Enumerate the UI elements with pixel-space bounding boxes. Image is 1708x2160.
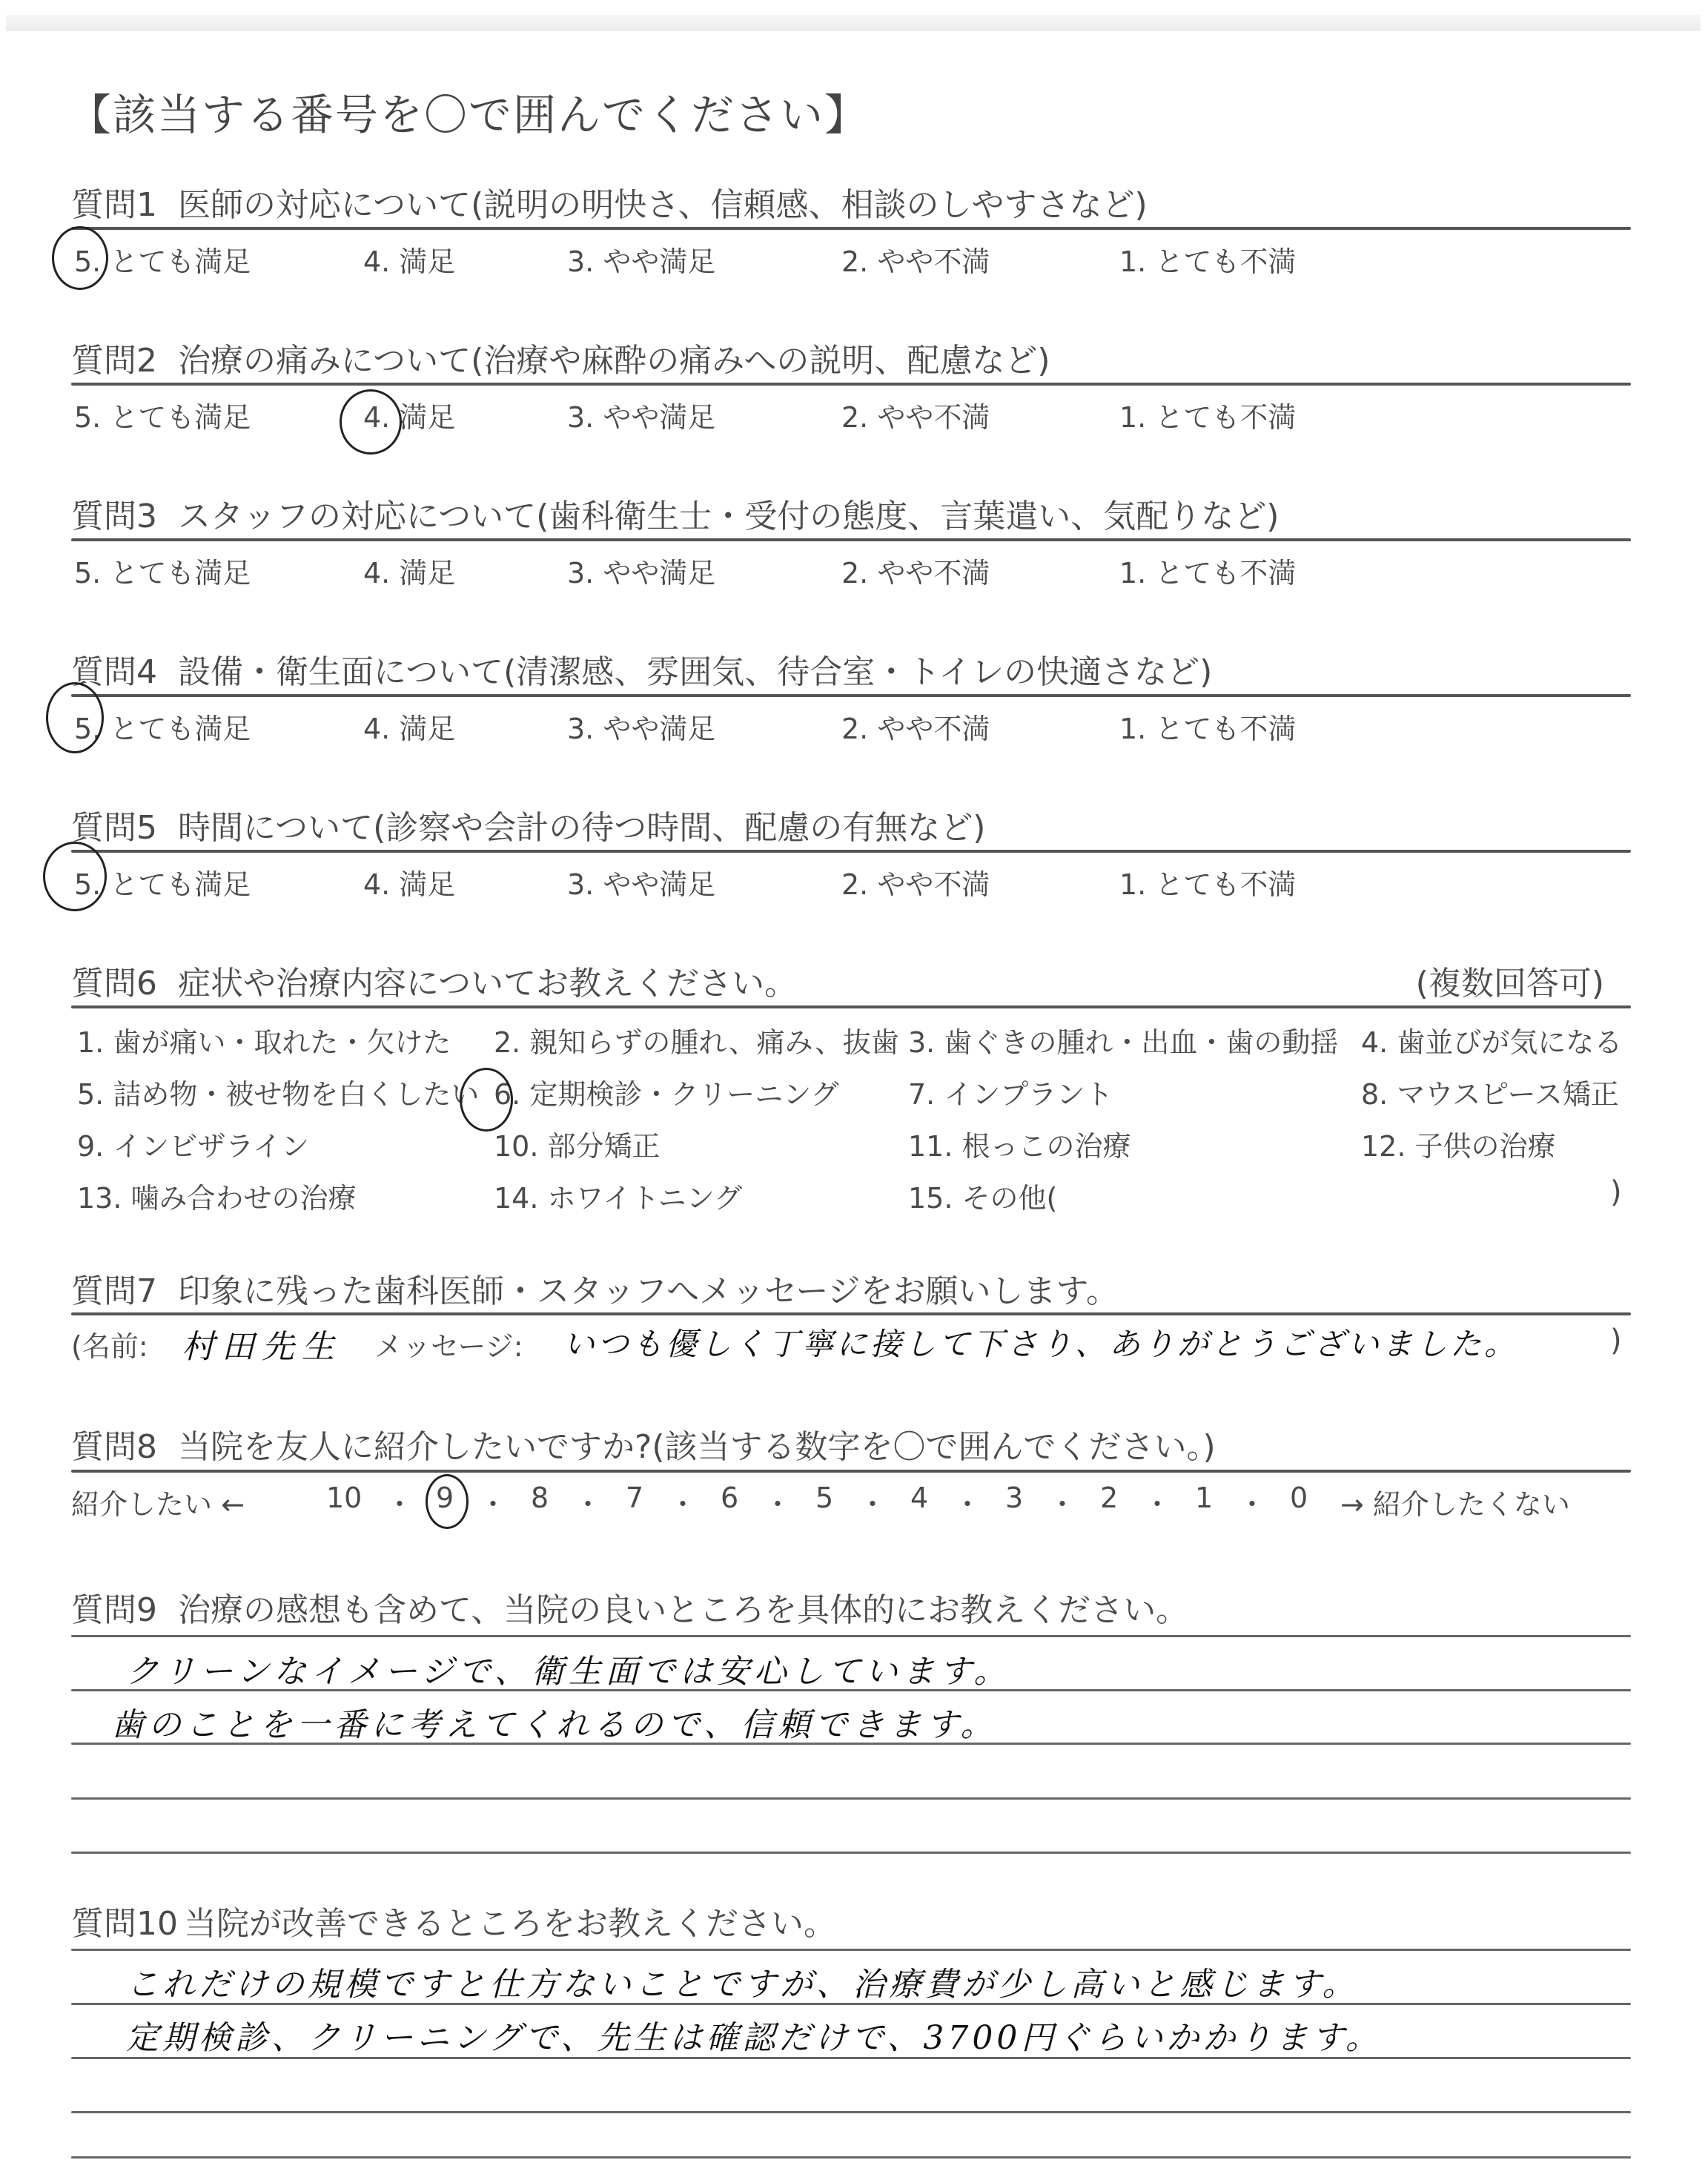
answer-line	[71, 2111, 1631, 2113]
scale-7[interactable]: 7	[626, 1482, 643, 1514]
scan-top-edge	[6, 15, 1701, 31]
question-number: 質問5	[71, 809, 157, 847]
scale-0[interactable]: 0	[1290, 1482, 1308, 1514]
question-7-heading: 質問7印象に残った歯科医師・スタッフへメッセージをお願いします。	[71, 1264, 1119, 1312]
question-number: 質問10	[71, 1905, 178, 1943]
message-handwritten[interactable]: いつも優しく丁寧に接して下さり、ありがとうございました。	[563, 1320, 1518, 1364]
option-5[interactable]: 5. とても満足	[74, 550, 251, 591]
divider	[71, 1312, 1631, 1315]
scale-dot: ・	[574, 1482, 602, 1522]
scale-dot: ・	[669, 1482, 697, 1522]
option-4[interactable]: 4. 満足	[363, 862, 455, 902]
scale-right-label: → 紹介したくない	[1340, 1482, 1570, 1522]
option-7[interactable]: 7. インプラント	[908, 1071, 1113, 1112]
answer-handwritten-line-2[interactable]: 定期検診、クリーニングで、先生は確認だけで、3700円ぐらいかかります。	[126, 2011, 1382, 2058]
question-9-heading: 質問9治療の感想も含めて、当院の良いところを具体的にお教えください。	[71, 1583, 1188, 1631]
option-6[interactable]: 6. 定期検診・クリーニング	[494, 1071, 839, 1112]
option-4[interactable]: 4. 満足	[363, 239, 455, 280]
option-8[interactable]: 8. マウスピース矯正	[1361, 1071, 1619, 1112]
question-text: 治療の痛みについて(治療や麻酔の痛みへの説明、配慮など)	[178, 342, 1050, 380]
scale-1[interactable]: 1	[1195, 1482, 1213, 1514]
option-3[interactable]: 3. やや満足	[567, 394, 715, 435]
option-4[interactable]: 4. 満足	[363, 706, 455, 747]
selection-circle	[460, 1068, 513, 1132]
option-2[interactable]: 2. やや不満	[841, 394, 990, 435]
scale-5[interactable]: 5	[815, 1482, 833, 1514]
question-text: 当院が改善できるところをお教えください。	[184, 1905, 836, 1943]
message-label: メッセージ:	[374, 1324, 523, 1364]
question-text: 当院を友人に紹介したいですか?(該当する数字を〇で囲んでください。)	[178, 1428, 1216, 1466]
answer-line	[71, 1797, 1631, 1800]
scale-3[interactable]: 3	[1005, 1482, 1023, 1514]
divider	[71, 850, 1631, 853]
question-text: スタッフの対応について(歯科衛生士・受付の態度、言葉遣い、気配りなど)	[178, 498, 1279, 535]
selection-circle	[340, 389, 402, 455]
scale-left-label: 紹介したい ←	[71, 1482, 245, 1522]
scale-8[interactable]: 8	[531, 1482, 549, 1514]
divider	[71, 1470, 1631, 1473]
question-10-heading: 質問10当院が改善できるところをお教えください。	[71, 1897, 836, 1944]
question-text: 症状や治療内容についてお教えください。	[178, 965, 797, 1003]
question-1-heading: 質問1医師の対応について(説明の明快さ、信頼感、相談のしやすさなど)	[71, 178, 1148, 225]
scale-dot: ・	[1238, 1482, 1266, 1522]
scale-dot: ・	[479, 1482, 507, 1522]
answer-line	[71, 1949, 1631, 1951]
divider	[71, 694, 1631, 697]
divider	[71, 227, 1631, 230]
scale-4[interactable]: 4	[910, 1482, 928, 1514]
option-14[interactable]: 14. ホワイトニング	[494, 1175, 742, 1216]
option-2[interactable]: 2. やや不満	[841, 862, 990, 902]
scale-dot: ・	[953, 1482, 982, 1522]
name-label: (名前:	[71, 1324, 148, 1364]
option-1[interactable]: 1. とても不満	[1119, 239, 1296, 280]
question-number: 質問6	[71, 965, 157, 1003]
question-text: 設備・衛生面について(清潔感、雰囲気、待合室・トイレの快適さなど)	[178, 653, 1212, 691]
option-12[interactable]: 12. 子供の治療	[1361, 1123, 1556, 1164]
answer-handwritten-line-1[interactable]: クリーンなイメージで、衛生面では安心しています。	[126, 1645, 1010, 1692]
answer-line	[71, 1635, 1631, 1637]
scale-6[interactable]: 6	[721, 1482, 738, 1514]
option-2[interactable]: 2. やや不満	[841, 239, 990, 280]
option-3[interactable]: 3. やや満足	[567, 239, 715, 280]
question-text: 治療の感想も含めて、当院の良いところを具体的にお教えください。	[178, 1591, 1188, 1629]
selection-circle	[43, 842, 107, 911]
scale-dot: ・	[858, 1482, 887, 1522]
option-13[interactable]: 13. 噛み合わせの治療	[77, 1175, 357, 1216]
option-2[interactable]: 2. やや不満	[841, 706, 990, 747]
option-1[interactable]: 1. とても不満	[1119, 706, 1296, 747]
message-close-paren: )	[1610, 1324, 1622, 1358]
divider	[71, 383, 1631, 386]
question-number: 質問8	[71, 1428, 157, 1466]
question-3-heading: 質問3スタッフの対応について(歯科衛生士・受付の態度、言葉遣い、気配りなど)	[71, 489, 1279, 537]
option-1[interactable]: 1. とても不満	[1119, 862, 1296, 902]
option-15-other[interactable]: 15. その他(	[908, 1175, 1057, 1216]
option-2[interactable]: 2. やや不満	[841, 550, 990, 591]
name-handwritten[interactable]: 村田先生	[182, 1320, 342, 1367]
option-3[interactable]: 3. 歯ぐきの腫れ・出血・歯の動揺	[908, 1020, 1338, 1060]
question-text: 医師の対応について(説明の明快さ、信頼感、相談のしやすさなど)	[178, 186, 1148, 224]
option-5[interactable]: 5. 詰め物・被せ物を白くしたい	[77, 1071, 479, 1112]
answer-line	[71, 2003, 1631, 2005]
selection-circle	[426, 1474, 469, 1529]
option-11[interactable]: 11. 根っこの治療	[908, 1123, 1131, 1164]
page-title: 【該当する番号を〇で囲んでください】	[68, 80, 869, 142]
divider	[71, 538, 1631, 541]
option-3[interactable]: 3. やや満足	[567, 550, 715, 591]
option-1[interactable]: 1. とても不満	[1119, 394, 1296, 435]
option-1[interactable]: 1. 歯が痛い・取れた・欠けた	[77, 1020, 451, 1060]
option-4[interactable]: 4. 満足	[363, 550, 455, 591]
answer-line	[71, 1743, 1631, 1745]
option-10[interactable]: 10. 部分矯正	[494, 1123, 661, 1164]
scale-dot: ・	[385, 1482, 414, 1522]
option-3[interactable]: 3. やや満足	[567, 706, 715, 747]
question-number: 質問1	[71, 186, 157, 224]
question-4-heading: 質問4設備・衛生面について(清潔感、雰囲気、待合室・トイレの快適さなど)	[71, 645, 1212, 693]
option-4[interactable]: 4. 歯並びが気になる	[1361, 1020, 1622, 1060]
divider	[71, 1005, 1631, 1008]
question-text: 印象に残った歯科医師・スタッフへメッセージをお願いします。	[178, 1272, 1119, 1310]
question-number: 質問2	[71, 342, 157, 380]
question-2-heading: 質問2治療の痛みについて(治療や麻酔の痛みへの説明、配慮など)	[71, 334, 1050, 381]
question-6-heading: 質問6症状や治療内容についてお教えください。	[71, 957, 797, 1004]
selection-circle	[46, 682, 104, 753]
option-2[interactable]: 2. 親知らずの腫れ、痛み、抜歯	[494, 1020, 899, 1060]
selection-circle	[52, 226, 108, 290]
scale-10[interactable]: 10	[326, 1482, 362, 1514]
question-number: 質問3	[71, 498, 157, 535]
option-1[interactable]: 1. とても不満	[1119, 550, 1296, 591]
question-5-heading: 質問5時間について(診察や会計の待つ時間、配慮の有無など)	[71, 801, 985, 848]
answer-line	[71, 2156, 1631, 2159]
option-3[interactable]: 3. やや満足	[567, 862, 715, 902]
question-number: 質問9	[71, 1591, 157, 1629]
question-number: 質問7	[71, 1272, 157, 1310]
scale-dot: ・	[1143, 1482, 1171, 1522]
scale-2[interactable]: 2	[1100, 1482, 1118, 1514]
question-8-heading: 質問8当院を友人に紹介したいですか?(該当する数字を〇で囲んでください。)	[71, 1420, 1216, 1467]
scale-dot: ・	[1048, 1482, 1076, 1522]
option-5[interactable]: 5. とても満足	[74, 394, 251, 435]
answer-handwritten-line-1[interactable]: これだけの規模ですと仕方ないことですが、治療費が少し高いと感じます。	[126, 1958, 1358, 2005]
scale-dot: ・	[764, 1482, 792, 1522]
answer-line	[71, 1852, 1631, 1854]
answer-line	[71, 2057, 1631, 2059]
question-text: 時間について(診察や会計の待つ時間、配慮の有無など)	[178, 809, 985, 847]
answer-line	[71, 1689, 1631, 1691]
multiple-answers-note: (複数回答可)	[1416, 957, 1604, 1004]
option-9[interactable]: 9. インビザライン	[77, 1123, 309, 1164]
answer-handwritten-line-2[interactable]: 歯のことを一番に考えてくれるので、信頼できます。	[111, 1698, 998, 1745]
other-close-paren: )	[1610, 1175, 1622, 1209]
